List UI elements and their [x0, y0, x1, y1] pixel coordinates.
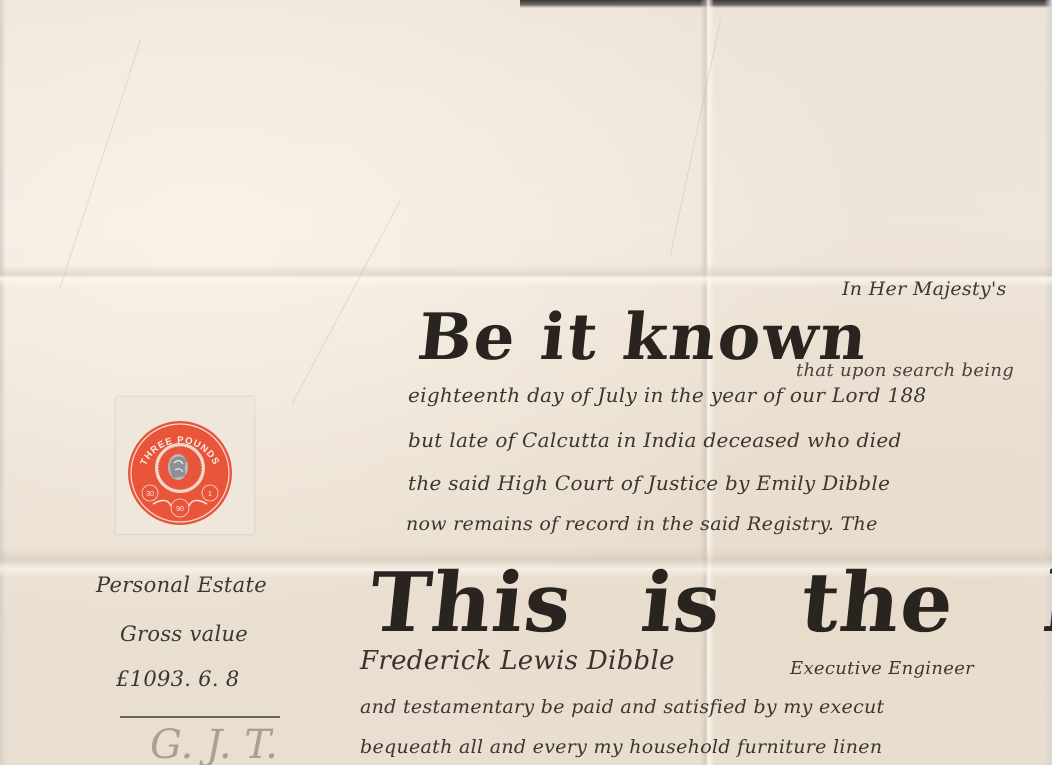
will-heading-word: is — [637, 555, 726, 651]
body-line-5: now remains of record in the said Regist… — [406, 513, 878, 535]
body-line-3: but late of Calcutta in India deceased w… — [408, 428, 902, 452]
paper-wrinkle — [60, 40, 141, 288]
body-line-4: the said High Court of Justice by Emily … — [408, 471, 890, 495]
margin-note-initials: G. J. T. — [150, 722, 278, 765]
will-line-2: and testamentary be paid and satisfied b… — [360, 696, 885, 718]
will-heading-word: This — [365, 555, 577, 651]
margin-note-amount: £1093. 6. 8 — [116, 667, 240, 691]
testator-occupation: Executive Engineer — [790, 658, 974, 679]
will-heading: Thisisthelast — [365, 555, 1052, 651]
paper-left-edge — [0, 0, 6, 765]
margin-note-gross-value: Gross value — [120, 622, 248, 646]
will-heading-word: last — [1039, 555, 1052, 651]
revenue-stamp-icon: THREE POUNDS 30 1 90 — [125, 418, 235, 528]
paper-wrinkle — [292, 200, 401, 404]
will-heading-word: the — [796, 555, 959, 651]
document-page: In Her Majesty's Be it known that upon s… — [0, 0, 1052, 765]
will-line-3: bequeath all and every my household furn… — [360, 736, 882, 758]
svg-text:1: 1 — [208, 491, 212, 498]
testator-name: Frederick Lewis Dibble — [360, 646, 675, 676]
header-note: In Her Majesty's — [842, 278, 1007, 300]
body-line-2: eighteenth day of July in the year of ou… — [408, 383, 927, 407]
margin-note-personal-estate: Personal Estate — [96, 573, 267, 597]
svg-text:90: 90 — [176, 506, 184, 513]
body-line-1: that upon search being — [796, 360, 1014, 381]
scan-edge-shadow — [520, 0, 1052, 8]
margin-note-rule — [120, 716, 280, 718]
svg-text:30: 30 — [146, 491, 154, 498]
